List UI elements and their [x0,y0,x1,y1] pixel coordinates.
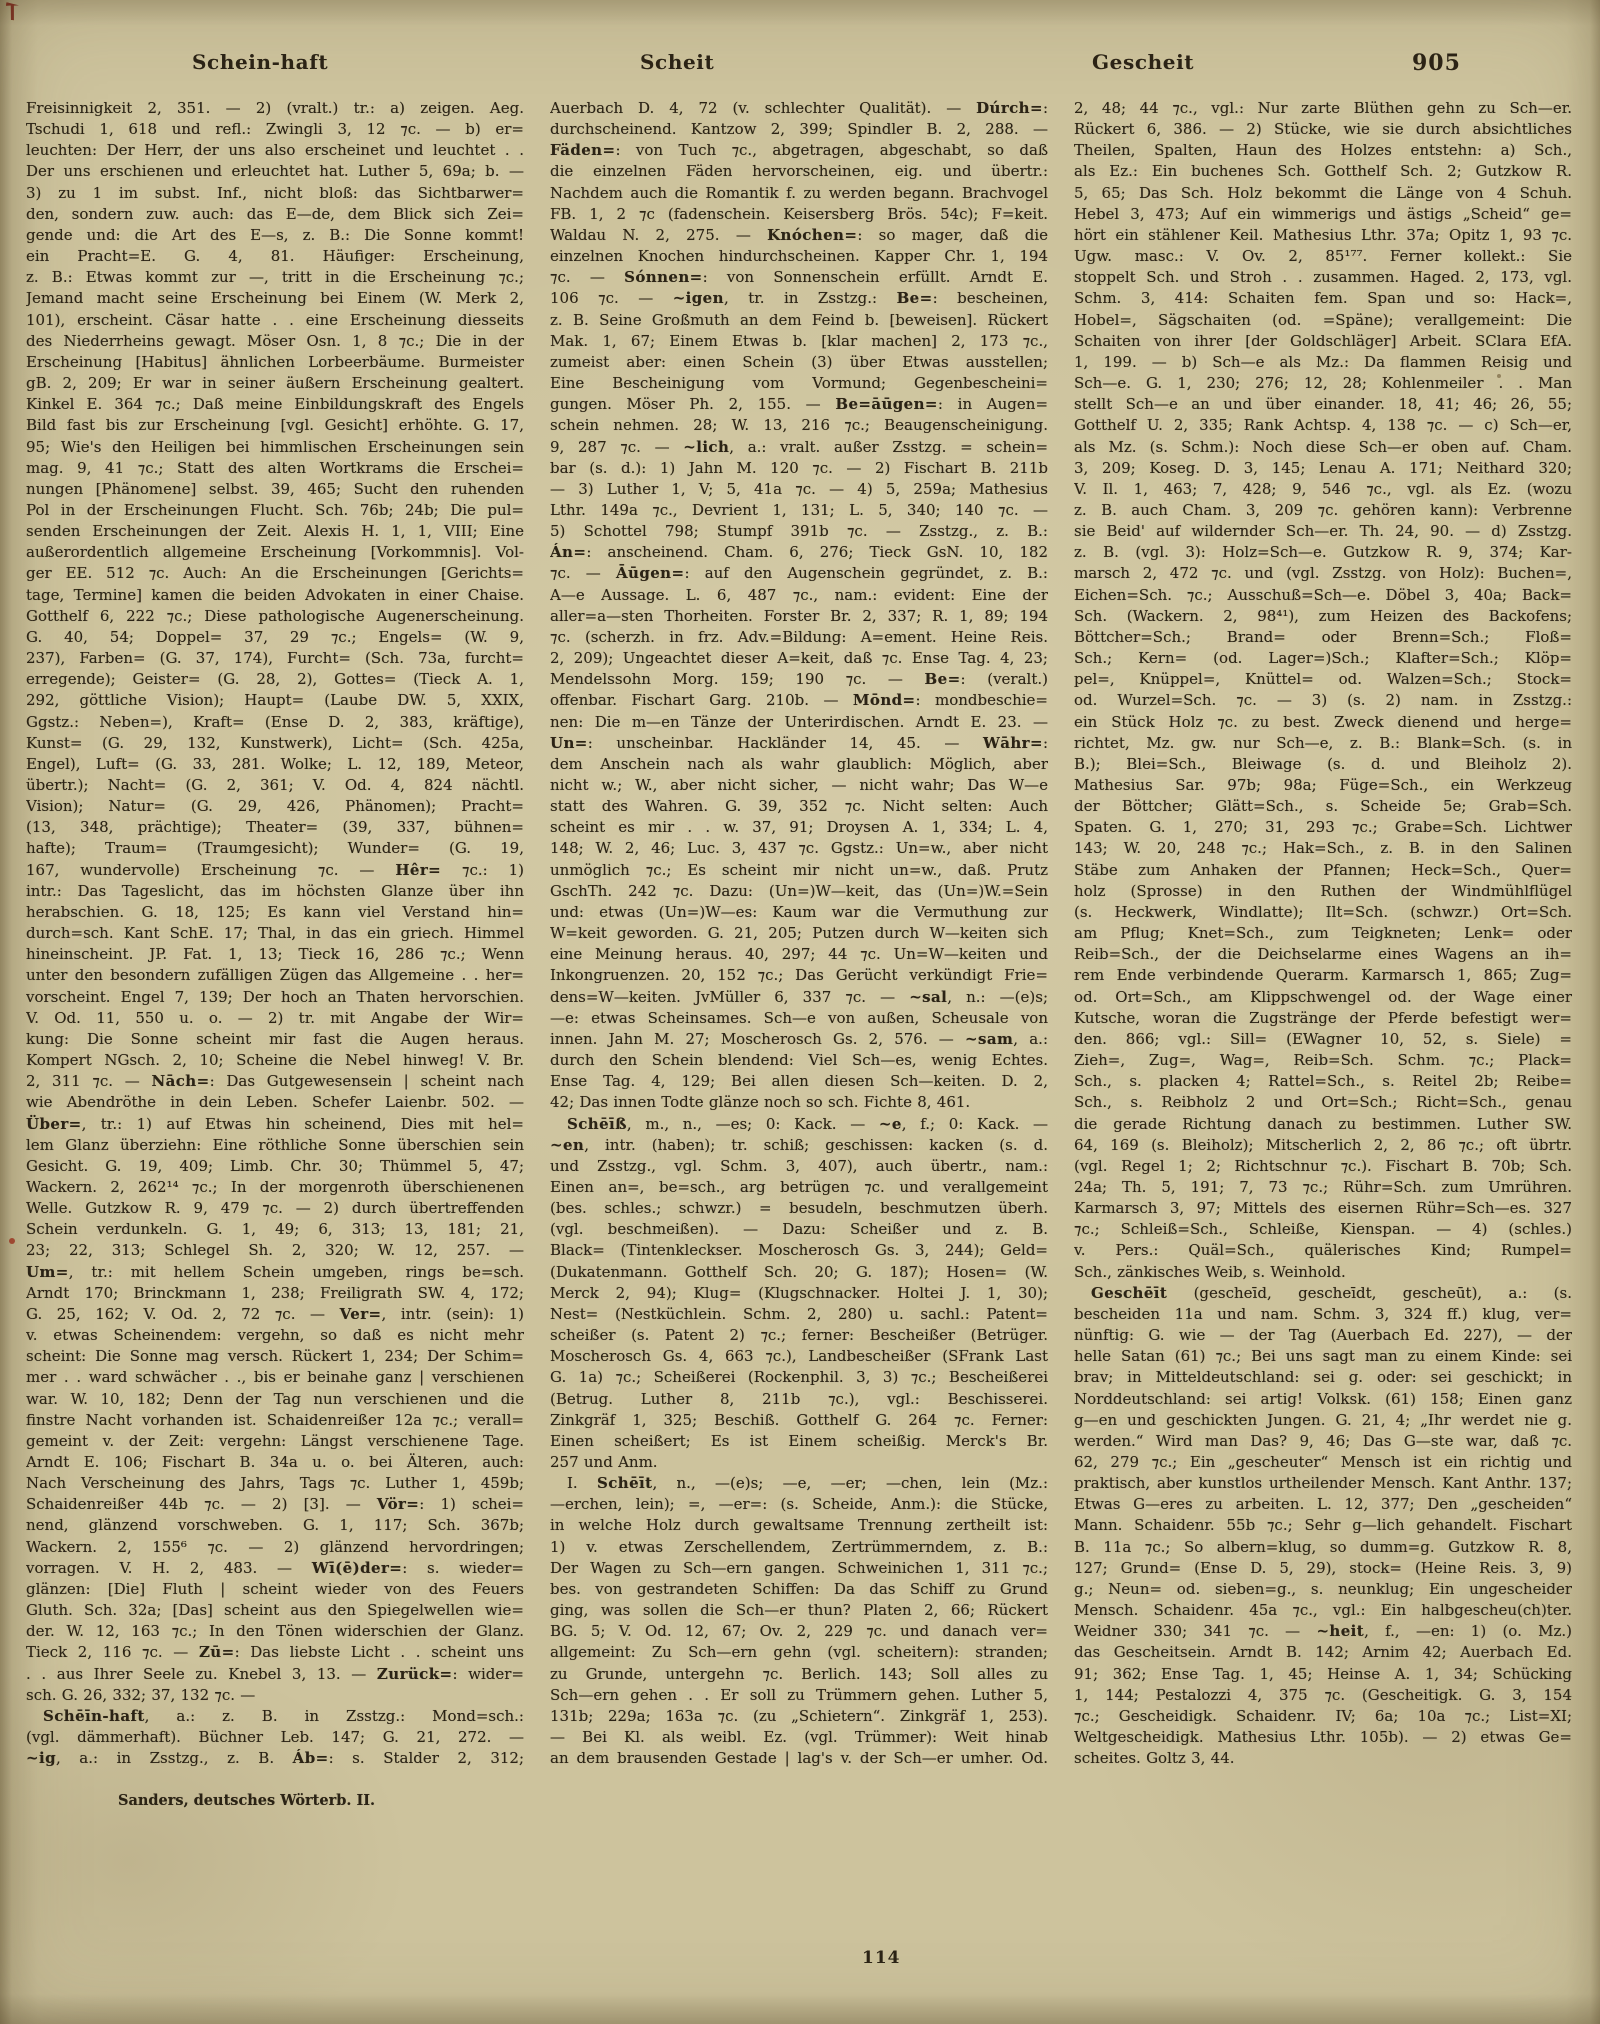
text-line: Zinkgräf 1, 325; Beschiß. Gotthelf G. 26… [550,1410,1048,1431]
text-line: Gesicht. G. 19, 409; Limb. Chr. 30; Thüm… [26,1156,524,1177]
text-line: Ggstz.: Neben=), Kraft= (Ense D. 2, 383,… [26,712,524,733]
text-line: mag. 9, 41 ⁊c.; Statt des alten Wortkram… [26,458,524,479]
text-line: Gotthelf 6, 222 ⁊c.; Diese pathologische… [26,606,524,627]
text-line: Sch. (Wackern. 2, 98⁴¹), zum Heizen des … [1074,606,1572,627]
text-line: Nest= (Nestküchlein. Schm. 2, 280) u. sa… [550,1304,1048,1325]
text-line: (vgl. Regel 1; 2; Richtschnur ⁊c.). Fisc… [1074,1156,1572,1177]
text-line: tage, Termine] kamen die beiden Advokate… [26,585,524,606]
text-line: gemeint v. der Zeit: vergehn: Längst ver… [26,1431,524,1452]
text-line: scheißer (s. Patent 2) ⁊c.; ferner: Besc… [550,1325,1048,1346]
text-line: Auerbach D. 4, 72 (v. schlechter Qualitä… [550,98,1048,119]
text-line: bar (s. d.): 1) Jahn M. 120 ⁊c. — 2) Fis… [550,458,1048,479]
text-line: Schaidenreißer 44b ⁊c. — 2) [3]. — Vör=:… [26,1494,524,1515]
text-line: eine Meinung heraus. 40, 297; 44 ⁊c. Un=… [550,944,1048,965]
text-line: glänzen: [Die] Fluth | scheint wieder vo… [26,1579,524,1600]
text-line: z. B. (vgl. 3): Holz=Sch—e. Gutzkow R. 9… [1074,542,1572,563]
text-line: —e: etwas Scheinsames. Sch—e von außen, … [550,1008,1048,1029]
text-line: Mensch. Schaidenr. 45a ⁊c., vgl.: Ein ha… [1074,1600,1572,1621]
text-line: der. W. 12, 163 ⁊c.; In den Tönen widers… [26,1621,524,1642]
text-line: Erscheinung [Habitus] ähnlichen Lorbeerb… [26,352,524,373]
text-line: Un=: unscheinbar. Hackländer 14, 45. — W… [550,733,1048,754]
text-line: nungen [Phänomene] selbst. 39, 465; Such… [26,479,524,500]
text-line: hineinscheint. JP. Fat. 1, 13; Tieck 16,… [26,944,524,965]
text-line: scheint: Die Sonne mag versch. Rückert 1… [26,1346,524,1367]
text-line: 9, 287 ⁊c. — ~lich, a.: vralt. außer Zss… [550,437,1048,458]
text-line: Einen an=, be=sch., arg betrügen ⁊c. und… [550,1177,1048,1198]
text-line: ⁊c.; Gescheidigk. Schaidenr. IV; 6a; 10a… [1074,1706,1572,1727]
text-line: 237), Farben= (G. 37, 174), Furcht= (Sch… [26,648,524,669]
text-line: 257 und Anm. [550,1452,1048,1473]
text-line: Der uns erschienen und erleuchtet hat. L… [26,161,524,182]
text-line: A—e Aussage. L. 6, 487 ⁊c., nam.: eviden… [550,585,1048,606]
text-line: hört ein stählener Keil. Mathesius Lthr.… [1074,225,1572,246]
volume-footer-note: Sanders, deutsches Wörterb. II. [118,1792,375,1809]
text-line: Wackern. 2, 155⁶ ⁊c. — 2) glänzend hervo… [26,1537,524,1558]
text-line: Einen scheißert; Es ist Einem scheißig. … [550,1431,1048,1452]
text-line: offenbar. Fischart Garg. 210b. — Mōnd=: … [550,690,1048,711]
text-line: durch den Schein blendend: Viel Sch—es, … [550,1050,1048,1071]
text-line: Kunst= (G. 29, 132, Kunstwerk), Licht= (… [26,733,524,754]
text-line: Um=, tr.: mit hellem Schein umgeben, rin… [26,1262,524,1283]
text-line: Mann. Schaidenr. 55b ⁊c.; Sehr g—lich ge… [1074,1515,1572,1536]
text-line: herabschien. G. 18, 125; Es kann viel Ve… [26,902,524,923]
text-line: durchscheinend. Kantzow 2, 399; Spindler… [550,119,1048,140]
text-line: Merck 2, 94); Klug= (Klugschnacker. Holt… [550,1283,1048,1304]
text-line: Inkongruenzen. 20, 152 ⁊c.; Das Gerücht … [550,965,1048,986]
text-line: Fäden=: von Tuch ⁊c., abgetragen, abgesc… [550,140,1048,161]
text-line: allgemeint: Zu Sch—ern gehn (vgl. scheit… [550,1642,1048,1663]
text-line: Án=: anscheinend. Cham. 6, 276; Tieck Gs… [550,542,1048,563]
text-line: Eichen=Sch. ⁊c.; Ausschuß=Sch—e. Döbel 3… [1074,585,1572,606]
text-line: erregende); Geister= (G. 28, 2), Gottes=… [26,669,524,690]
text-line: bes. von gestrandeten Schiffen: Da das S… [550,1579,1048,1600]
text-line: unter den besondern zufälligen Zügen das… [26,965,524,986]
text-line: kung: Die Sonne scheint mir fast die Aug… [26,1029,524,1050]
text-line: Nach Verscheinung des Jahrs, Tags ⁊c. Lu… [26,1473,524,1494]
text-line: Tschudi 1, 618 und refl.: Zwingli 3, 12 … [26,119,524,140]
text-line: Sch—ern gehen . . Er soll zu Trümmern ge… [550,1685,1048,1706]
text-line: — Bei Kl. als weibl. Ez. (vgl. Trümmer):… [550,1727,1048,1748]
text-line: g.; Neun= od. sieben=g., s. neunklug; Ei… [1074,1579,1572,1600]
text-line: Mendelssohn Morg. 159; 190 ⁊c. — Be=: (v… [550,669,1048,690]
text-line: statt des Wahren. G. 39, 352 ⁊c. Nicht s… [550,796,1048,817]
text-line: I. Schēīt, n., —(e)s; —e, —er; —chen, le… [550,1473,1048,1494]
text-line: 23; 22, 313; Schlegel Sh. 2, 320; W. 12,… [26,1240,524,1261]
text-line: in welche Holz durch gewaltsame Trennung… [550,1515,1048,1536]
text-line: Der Wagen zu Sch—ern gangen. Schweiniche… [550,1558,1048,1579]
text-line: Sch., s. placken 4; Rattel=Sch., s. Reit… [1074,1071,1572,1092]
text-column-left: Freisinnigkeit 2, 351. — 2) (vralt.) tr.… [26,98,524,1769]
text-line: — 3) Luther 1, V; 5, 41a ⁊c. — 4) 5, 259… [550,479,1048,500]
text-line: 167, wundervolle) Erscheinung ⁊c. — Hêr=… [26,860,524,881]
text-line: nicht w.; W., aber nicht sicher, — nicht… [550,775,1048,796]
text-line: 62, 279 ⁊c.; Ein „gescheuter“ Mensch ist… [1074,1452,1572,1473]
text-line: senden Erscheinungen der Zeit. Alexis H.… [26,521,524,542]
text-line: am Pflug; Knet=Sch., zum Teigkneten; Len… [1074,923,1572,944]
text-line: 101), erscheint. Cäsar hatte . . eine Er… [26,310,524,331]
text-line: ⁊c.; Schleiß=Sch., Schleiße, Kienspan. —… [1074,1219,1572,1240]
text-line: gB. 2, 209; Er war in seiner äußern Ersc… [26,373,524,394]
text-line: Freisinnigkeit 2, 351. — 2) (vralt.) tr.… [26,98,524,119]
text-line: hafte); Traum= (Traumgesicht); Wunder= (… [26,838,524,859]
text-line: 2, 311 ⁊c. — Nāch=: Das Gutgewesensein |… [26,1071,524,1092]
text-line: 127; Grund= (Ense D. 5, 29), stock= (Hei… [1074,1558,1572,1579]
text-line: sch. G. 26, 332; 37, 132 ⁊c. — [26,1685,524,1706]
text-line: (Dukatenmann. Gotthelf Sch. 20; G. 187);… [550,1262,1048,1283]
text-line: übertr.); Nacht= (G. 2, 361; V. Od. 4, 8… [26,775,524,796]
text-line: Schein verdunkeln. G. 1, 49; 6, 313; 13,… [26,1219,524,1240]
text-line: Gluth. Sch. 32a; [Das] scheint aus den S… [26,1600,524,1621]
page-number: 905 [1412,50,1461,76]
text-line: nen: Die m—en Tänze der Unterirdischen. … [550,712,1048,733]
text-line: Mak. 1, 67; Einem Etwas b. [klar machen]… [550,331,1048,352]
text-columns: Freisinnigkeit 2, 351. — 2) (vralt.) tr.… [26,98,1574,1769]
text-line: durch=sch. Kant SchE. 17; Thal, in das e… [26,923,524,944]
text-line: g—en und geschickten Jungen. G. 21, 4; „… [1074,1410,1572,1431]
text-line: z. B. auch Cham. 3, 209 ⁊c. gehören kann… [1074,500,1572,521]
text-line: mer . . ward schwächer . ., bis er beina… [26,1367,524,1388]
text-line: 131b; 229a; 163a ⁊c. (zu „Schietern“. Zi… [550,1706,1048,1727]
text-line: z. B.: Etwas kommt zur —, tritt in die E… [26,267,524,288]
text-line: richtet, Mz. gw. nur Sch—e, z. B.: Blank… [1074,733,1572,754]
text-line: Über=, tr.: 1) auf Etwas hin scheinend, … [26,1114,524,1135]
text-line: gungen. Möser Ph. 2, 155. — Be=āūgen=: i… [550,394,1048,415]
text-line: Hobel=, Sägschaiten (od. =Späne); verall… [1074,310,1572,331]
text-line: 143; W. 20, 248 ⁊c.; Hak=Sch., z. B. in … [1074,838,1572,859]
text-line: Reib=Sch., der die Deichselarme eines Wa… [1074,944,1572,965]
text-line: ⁊c. — Āūgen=: auf den Augenschein gegrün… [550,563,1048,584]
scan-artifact-corner-mark [4,2,19,21]
text-line: z. B. Seine Großmuth an dem Feind b. [be… [550,310,1048,331]
text-line: Wackern. 2, 262¹⁴ ⁊c.; In der morgenroth… [26,1177,524,1198]
text-line: Schm. 3, 414: Schaiten fem. Span und so:… [1074,288,1572,309]
scan-artifact-speck [1497,374,1501,378]
text-line: 106 ⁊c. — ~igen, tr. in Zsstzg.: Be=: be… [550,288,1048,309]
text-line: Etwas G—eres zu arbeiten. L. 12, 377; De… [1074,1494,1572,1515]
text-line: Mathesius Sar. 97b; 98a; Füge=Sch., ein … [1074,775,1572,796]
text-line: stellt Sch—e an und über einander. 18, 4… [1074,394,1572,415]
text-line: den. 866; vgl.: Sill= (EWagner 10, 52, s… [1074,1029,1572,1050]
text-line: finstre Nacht vorhanden ist. Schaidenrei… [26,1410,524,1431]
text-line: Lthr. 149a ⁊c., Devrient 1, 131; L. 5, 3… [550,500,1048,521]
text-line: Kompert NGsch. 2, 10; Scheine die Nebel … [26,1050,524,1071]
text-line: Engel), Luft= (G. 33, 281. Wolke; L. 12,… [26,754,524,775]
running-head-right-keyword: Gescheit [1092,50,1194,74]
text-line: intr.: Das Tageslicht, das im höchsten G… [26,881,524,902]
text-line: an dem brausenden Gestade | lag's v. der… [550,1748,1048,1769]
text-line: Arndt E. 106; Fischart B. 34a u. o. bei … [26,1452,524,1473]
text-line: dens=W—keiten. JvMüller 6, 337 ⁊c. — ~sa… [550,987,1048,1008]
text-line: unmöglich ⁊c.; Es scheint mir nicht un=w… [550,860,1048,881]
running-head-left-keyword: Schein-haft [192,50,328,74]
text-line: rem Ende verbindende Querarm. Karmarsch … [1074,965,1572,986]
text-line: G. 40, 54; Doppel= 37, 29 ⁊c.; Engels= (… [26,627,524,648]
text-line: praktisch, aber kunstlos urtheilender Me… [1074,1473,1572,1494]
text-line: Eine Bescheinigung vom Vormund; Gegenbes… [550,373,1048,394]
text-line: GschTh. 242 ⁊c. Dazu: (Un=)W—keit, das (… [550,881,1048,902]
text-line: den, sondern zuw. auch: das E—de, dem Bl… [26,204,524,225]
text-column-middle: Auerbach D. 4, 72 (v. schlechter Qualitä… [550,98,1048,1769]
text-line: 148; W. 2, 46; Luc. 3, 437 ⁊c. Ggstz.: U… [550,838,1048,859]
text-line: Bild fast bis zur Erscheinung [vgl. Gesi… [26,415,524,436]
text-line: vorragen. V. H. 2, 483. — Wī(ē)der=: s. … [26,1558,524,1579]
text-line: ~ig, a.: in Zsstzg., z. B. Áb=: s. Stald… [26,1748,524,1769]
text-line: die einzelnen Fäden hervorscheinen, eig.… [550,161,1048,182]
text-line: Kutsche, woran die Zugstränge der Pferde… [1074,1008,1572,1029]
text-line: 1, 199. — b) Sch—e als Mz.: Da flammen R… [1074,352,1572,373]
text-line: innen. Jahn M. 27; Moscherosch Gs. 2, 57… [550,1029,1048,1050]
text-line: (Betrug. Luther 8, 211b ⁊c.), vgl.: Besc… [550,1389,1048,1410]
text-line: Theilen, Spalten, Haun des Holzes entste… [1074,140,1572,161]
text-line: BG. 5; V. Od. 12, 67; Ov. 2, 229 ⁊c. und… [550,1621,1048,1642]
text-line: werden.“ Wird man Das? 9, 46; Das G—ste … [1074,1431,1572,1452]
text-line: FB. 1, 2 ⁊c (fadenschein. Keisersberg Br… [550,204,1048,225]
text-line: v. Pers.: Quäl=Sch., quälerisches Kind; … [1074,1240,1572,1261]
text-line: (vgl. dämmerhaft). Büchner Leb. 147; G. … [26,1727,524,1748]
text-line: Böttcher=Sch.; Brand= oder Brenn=Sch.; F… [1074,627,1572,648]
text-line: und Zsstzg., vgl. Schm. 3, 407), auch üb… [550,1156,1048,1177]
text-line: nend, glänzend vorschweben. G. 1, 117; S… [26,1515,524,1536]
text-line: (13, 348, prächtige); Theater= (39, 337,… [26,817,524,838]
text-line: 292, göttliche Vision); Haupt= (Laube DW… [26,690,524,711]
text-line: als Mz. (s. Schm.): Noch diese Sch—er ob… [1074,437,1572,458]
text-line: Schēīn-haft, a.: z. B. in Zsstzg.: Mond=… [26,1706,524,1727]
text-line: 3, 209; Koseg. D. 3, 145; Lenau A. 171; … [1074,458,1572,479]
text-line: Sch.; Kern= (od. Lager=)Sch.; Klafter=Sc… [1074,648,1572,669]
text-line: B. 11a ⁊c.; So albern=klug, so dumm=g. G… [1074,1537,1572,1558]
scan-artifact-red-dot [9,1238,15,1244]
text-line: gende und: die Art des E—s, z. B.: Die S… [26,225,524,246]
text-line: helle Satan (61) ⁊c.; Bei uns sagt man z… [1074,1346,1572,1367]
text-line: W=keit geworden. G. 21, 205; Putzen durc… [550,923,1048,944]
text-line: Waldau N. 2, 275. — Knóchen=: so mager, … [550,225,1048,246]
text-line: holz (Sprosse) in den Ruthen der Windmüh… [1074,881,1572,902]
text-line: lem Glanz überziehn: Eine röthliche Sonn… [26,1135,524,1156]
text-line: Geschēīt (gescheīd, gescheīdt, gescheūt)… [1074,1283,1572,1304]
text-line: nünftig: G. wie — der Tag (Auerbach Ed. … [1074,1325,1572,1346]
text-line: bescheiden 11a und nam. Schm. 3, 324 ff.… [1074,1304,1572,1325]
text-line: Pol in der Erscheinungen Flucht. Sch. 76… [26,500,524,521]
dictionary-page-scan: Schein-haft Scheit Gescheit 905 Freisinn… [0,0,1600,2024]
text-line: od. Wurzel=Sch. ⁊c. — 3) (s. 2) nam. in … [1074,690,1572,711]
text-line: Weltgescheidigk. Mathesius Lthr. 105b). … [1074,1727,1572,1748]
text-line: und: etwas (Un=)W—es: Kaum war die Vermu… [550,902,1048,923]
text-line: ⁊c. — Sónnen=: von Sonnenschein erfüllt.… [550,267,1048,288]
text-line: G. 25, 162; V. Od. 2, 72 ⁊c. — Ver=, int… [26,1304,524,1325]
text-line: Weidner 330; 341 ⁊c. — ~heit, f., —en: 1… [1074,1621,1572,1642]
text-line: Arndt 170; Brinckmann 1, 238; Freiligrat… [26,1283,524,1304]
text-line: Vision); Natur= (G. 29, 426, Phänomen); … [26,796,524,817]
text-line: vorscheint. Engel 7, 139; Der hoch an Th… [26,987,524,1008]
text-line: Welle. Gutzkow R. 9, 479 ⁊c. — 2) durch … [26,1198,524,1219]
text-line: brav; in Mitteldeutschland: sei g. oder:… [1074,1367,1572,1388]
text-line: Stäbe zum Anhaken der Pfannen; Heck=Sch.… [1074,860,1572,881]
text-line: ein Stück Holz ⁊c. zu best. Zweck dienen… [1074,712,1572,733]
text-line: war. W. 10, 182; Denn der Tag nun versch… [26,1389,524,1410]
text-line: aller=a—sten Thorheiten. Forster Br. 2, … [550,606,1048,627]
text-line: Moscherosch Gs. 4, 663 ⁊c.), Landbeschei… [550,1346,1048,1367]
text-line: des Niederrheins gewagt. Möser Osn. 1, 8… [26,331,524,352]
text-line: (bes. schles.; schwzr.) = besudeln, besc… [550,1198,1048,1219]
text-line: 95; Wie's den Heiligen bei himmlischen E… [26,437,524,458]
text-line: schein nehmen. 28; W. 13, 216 ⁊c.; Beaug… [550,415,1048,436]
text-line: ger EE. 512 ⁊c. Auch: An die Erscheinung… [26,563,524,584]
text-line: scheites. Goltz 3, 44. [1074,1748,1572,1769]
text-line: Sch., zänkisches Weib, s. Weinhold. [1074,1262,1572,1283]
text-line: ⁊c. (scherzh. in frz. Adv.=Bildung: A=em… [550,627,1048,648]
text-line: Karmarsch 3, 97; Mittels des eisernen Rü… [1074,1198,1572,1219]
text-line: pel=, Knüppel=, Knüttel= od. Walzen=Sch.… [1074,669,1572,690]
text-line: als Ez.: Ein buchenes Sch. Gotthelf Sch.… [1074,161,1572,182]
text-line: (s. Heckwerk, Windlatte); Ilt=Sch. (schw… [1074,902,1572,923]
text-line: v. etwas Scheinendem: vergehn, so daß es… [26,1325,524,1346]
text-line: Schēīß, m., n., —es; 0: Kack. — ~e, f.; … [550,1114,1048,1135]
text-line: zu Grunde, untergehn ⁊c. Berlich. 143; S… [550,1664,1048,1685]
text-line: 2, 48; 44 ⁊c., vgl.: Nur zarte Blüthen g… [1074,98,1572,119]
text-line: Black= (Tintenkleckser. Moscherosch Gs. … [550,1240,1048,1261]
text-line: scheint es mir . . w. 37, 91; Droysen A.… [550,817,1048,838]
running-head-center-keyword: Scheit [640,50,714,74]
text-line: ging, was sollen die Sch—er thun? Platen… [550,1600,1048,1621]
text-line: Spaten. G. 1, 270; 31, 293 ⁊c.; Grabe=Sc… [1074,817,1572,838]
text-line: V. Od. 11, 550 u. o. — 2) tr. mit Angabe… [26,1008,524,1029]
text-line: —erchen, lein); =, —er=: (s. Scheide, An… [550,1494,1048,1515]
text-line: 5, 65; Das Sch. Holz bekommt die Länge v… [1074,183,1572,204]
text-line: . . aus Ihrer Seele zu. Knebel 3, 13. — … [26,1664,524,1685]
text-line: Gotthelf U. 2, 335; Rank Achtsp. 4, 138 … [1074,415,1572,436]
text-line: ein Pracht=E. G. 4, 81. Häufiger: Ersche… [26,246,524,267]
text-line: Schaiten von ihrer [der Goldschläger] Ar… [1074,331,1572,352]
text-line: 42; Das innen Todte glänze noch so sch. … [550,1092,1048,1113]
text-line: außerordentlich allgemeine Erscheinung [… [26,542,524,563]
text-line: Tieck 2, 116 ⁊c. — Zū=: Das liebste Lich… [26,1642,524,1663]
text-line: od. Ort=Sch., am Klippschwengel od. der … [1074,987,1572,1008]
text-line: zumeist aber: einen Schein (3) über Etwa… [550,352,1048,373]
text-line: 5) Schottel 798; Stumpf 391b ⁊c. — Zsstz… [550,521,1048,542]
text-line: V. Il. 1, 463; 7, 428; 9, 546 ⁊c., vgl. … [1074,479,1572,500]
text-line: 64, 169 (s. Bleiholz); Mitscherlich 2, 2… [1074,1135,1572,1156]
text-line: 91; 362; Ense Tag. 1, 45; Heinse A. 1, 3… [1074,1664,1572,1685]
text-column-right: 2, 48; 44 ⁊c., vgl.: Nur zarte Blüthen g… [1074,98,1572,1769]
text-line: Ense Tag. 4, 129; Bei allen diesen Sch—k… [550,1071,1048,1092]
text-line: einzelnen Knochen hindurchscheinen. Kapp… [550,246,1048,267]
text-line: Sch., s. Reibholz 2 und Ort=Sch.; Richt=… [1074,1092,1572,1113]
text-line: G. 1a) ⁊c.; Scheißerei (Rockenphil. 3, 3… [550,1367,1048,1388]
text-line: marsch 2, 472 ⁊c. und (vgl. Zsstzg. von … [1074,563,1572,584]
text-line: Ugw. masc.: V. Ov. 2, 85¹⁷⁷. Ferner koll… [1074,246,1572,267]
text-line: 1) v. etwas Zerschellendem, Zertrümmernd… [550,1537,1048,1558]
text-line: 24a; Th. 5, 191; 7, 73 ⁊c.; Rühr=Sch. zu… [1074,1177,1572,1198]
text-line: 3) zu 1 im subst. Inf., nicht bloß: das … [26,183,524,204]
text-line: wie Abendröthe in dein Leben. Schefer La… [26,1092,524,1113]
text-line: stoppelt Sch. und Stroh . . zusammen. Ha… [1074,267,1572,288]
text-line: der Böttcher; Glätt=Sch., s. Scheide 5e;… [1074,796,1572,817]
text-line: leuchten: Der Herr, der uns also erschei… [26,140,524,161]
text-line: Hebel 3, 473; Auf ein wimmerigs und ästi… [1074,204,1572,225]
text-line: die gerade Richtung danach zu bestimmen.… [1074,1114,1572,1135]
text-line: Zieh=, Zug=, Wag=, Reib=Sch. Schm. ⁊c.; … [1074,1050,1572,1071]
text-line: B.); Blei=Sch., Bleiwage (s. d. und Blei… [1074,754,1572,775]
text-line: sie Beid' auf wildernder Sch—er. Th. 24,… [1074,521,1572,542]
text-line: Rückert 6, 386. — 2) Stücke, wie sie dur… [1074,119,1572,140]
text-line: das Gescheitsein. Arndt B. 142; Arnim 42… [1074,1642,1572,1663]
text-line: Norddeutschland: sei artig! Volksk. (61)… [1074,1389,1572,1410]
text-line: 1, 144; Pestalozzi 4, 375 ⁊c. (Gescheiti… [1074,1685,1572,1706]
sheet-signature-number: 114 [862,1948,901,1968]
text-line: ~en, intr. (haben); tr. schiß; geschisse… [550,1135,1048,1156]
text-line: (vgl. beschmeißen). — Dazu: Scheißer und… [550,1219,1048,1240]
text-line: Nachdem auch die Romantik f. zu werden b… [550,183,1048,204]
text-line: 2, 209); Ungeachtet dieser A=keit, daß ⁊… [550,648,1048,669]
text-line: dem Anschein nach als wahr glaublich: Mö… [550,754,1048,775]
text-line: Jemand macht seine Erscheinung bei Einem… [26,288,524,309]
text-line: Kinkel E. 364 ⁊c.; Daß meine Einbildungs… [26,394,524,415]
